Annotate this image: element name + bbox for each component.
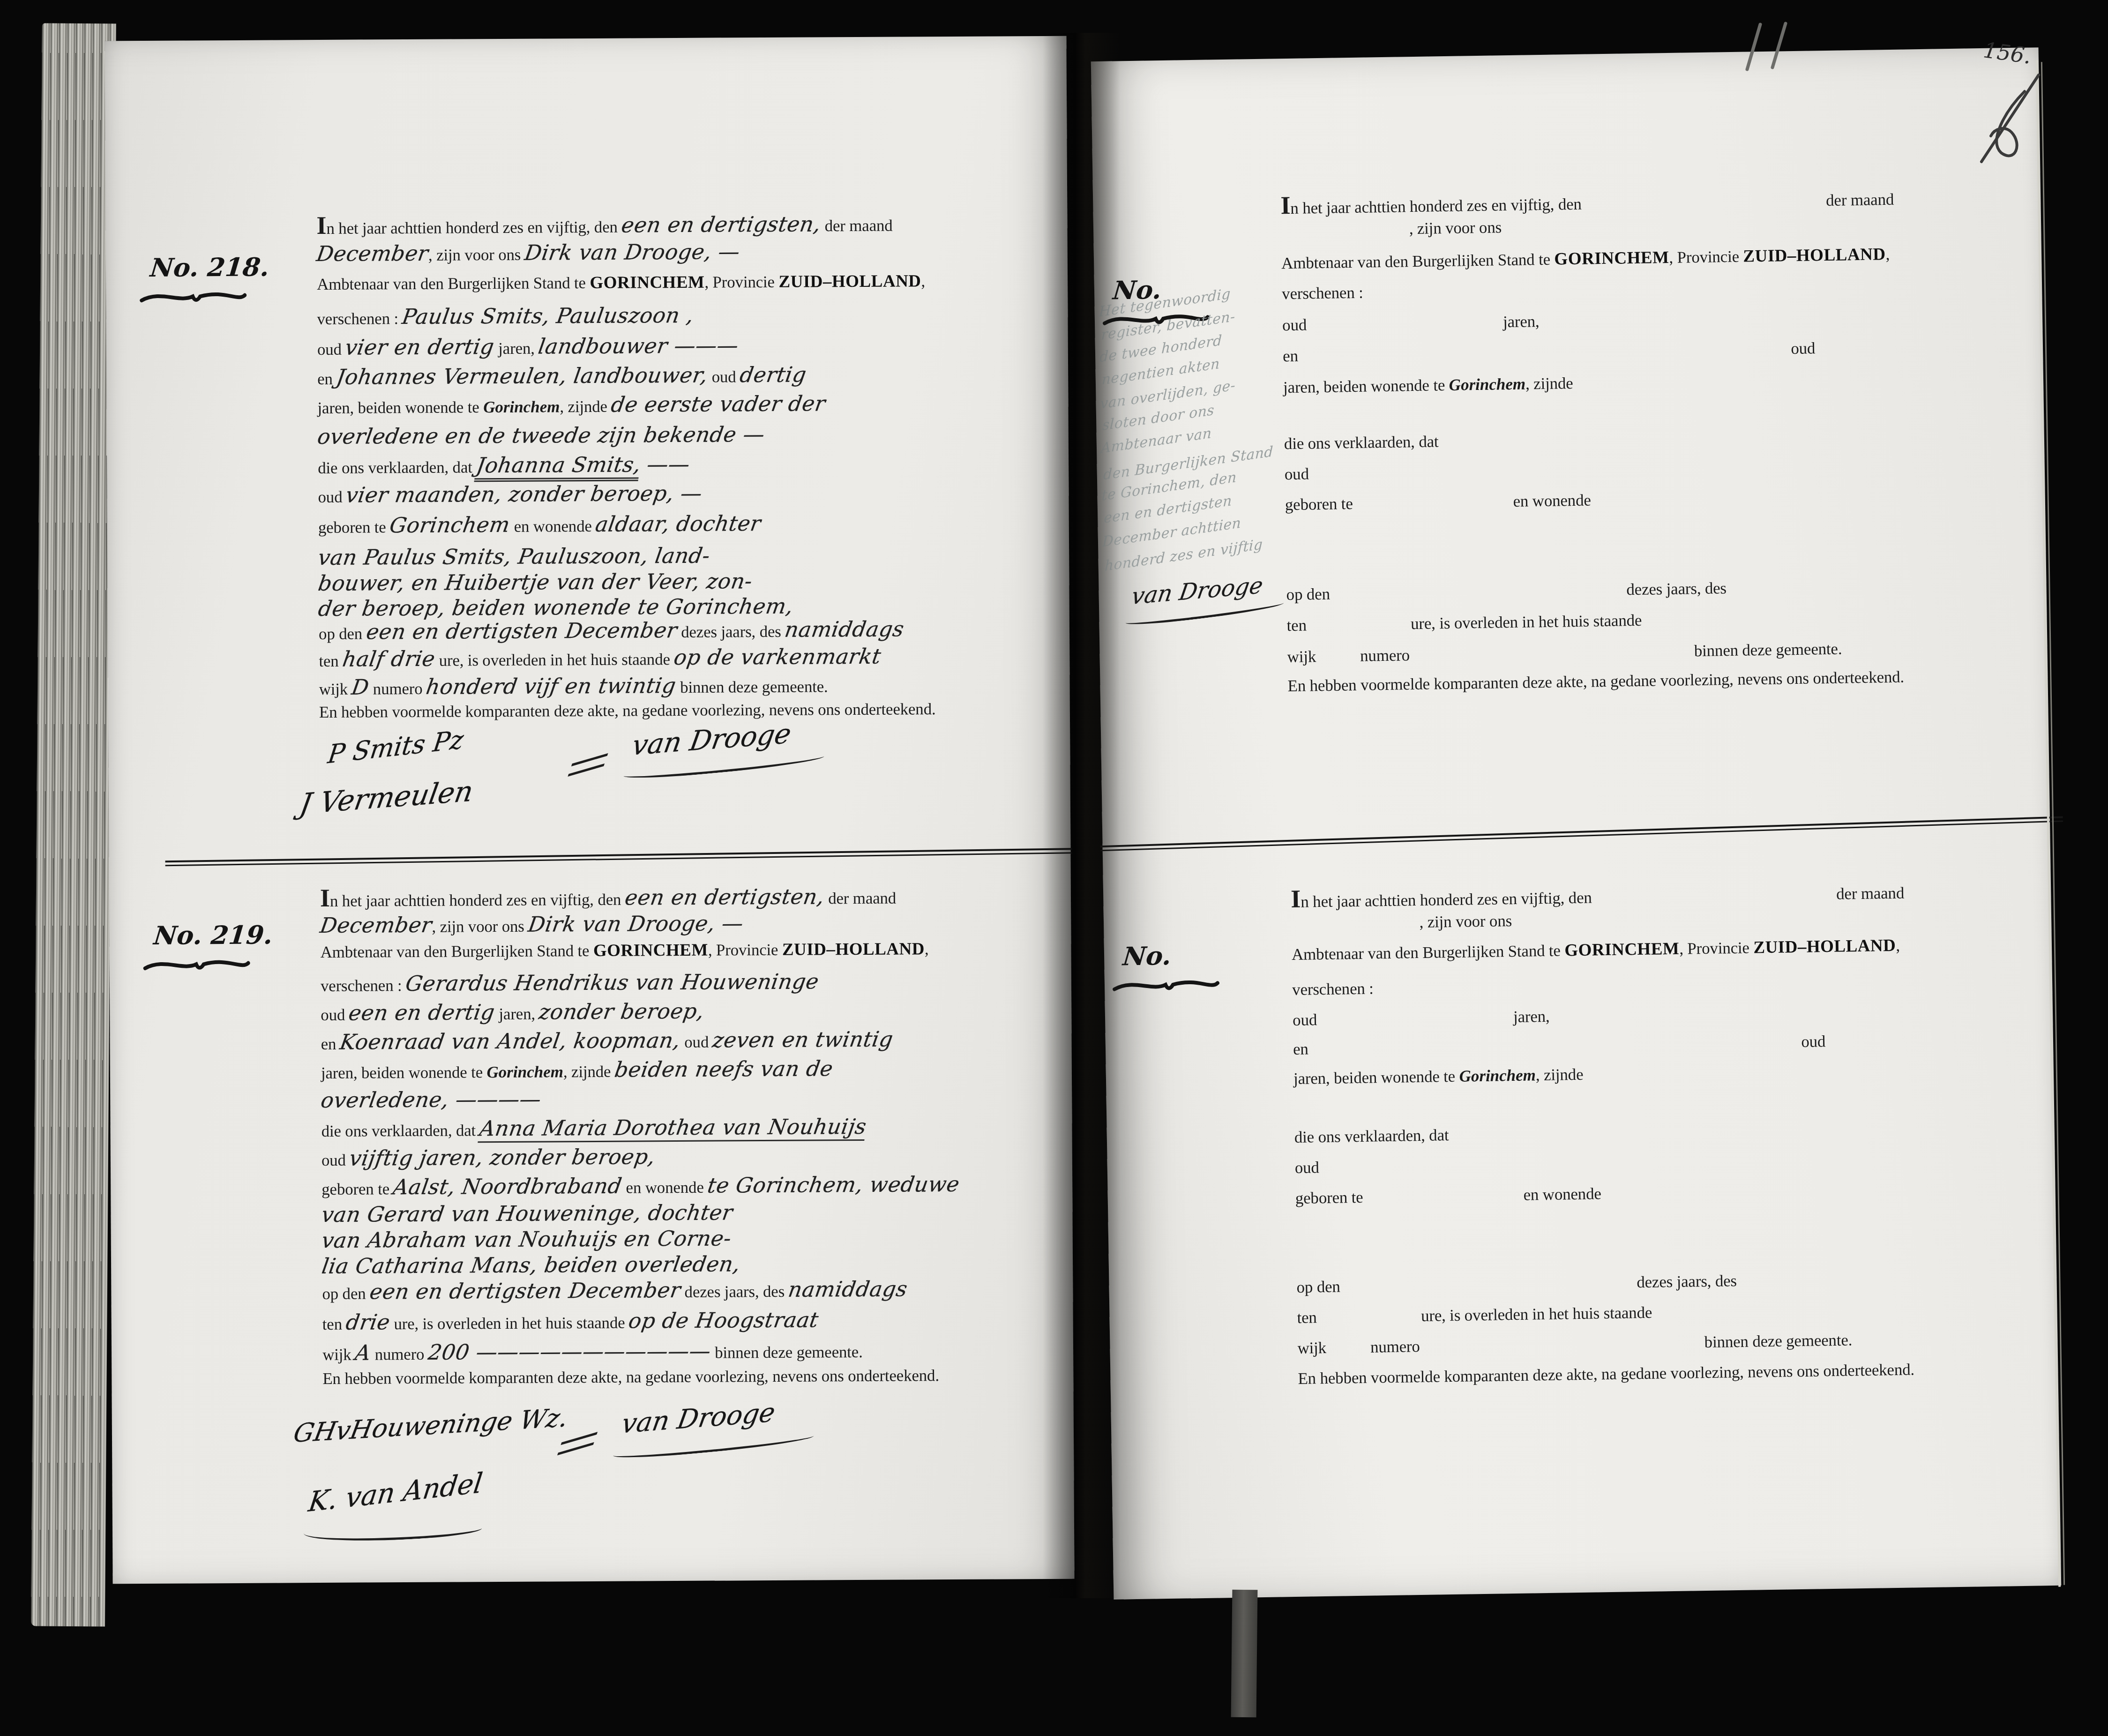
handwritten-text: vijftig jaren, zonder beroep,: [348, 1144, 657, 1170]
printed-text: die ons verklaarden, dat: [321, 1121, 479, 1140]
signature: van Drooge: [630, 717, 794, 761]
record-line: In het jaar achttien honderd zes en vijf…: [316, 208, 892, 240]
printed-text: GORINCHEM: [1554, 248, 1669, 269]
handwritten-text: 200 ———————————: [426, 1339, 713, 1365]
printed-text: jaren, beiden wonende te: [317, 398, 483, 417]
printed-text: oud: [680, 1033, 713, 1051]
record-line: wijk numero binnen deze gemeente.: [1287, 640, 1842, 667]
record-line: wijk D numero honderd vijf en twintig bi…: [319, 672, 828, 700]
printed-text: oud: [708, 367, 740, 386]
printed-text: In het jaar achttien honderd zes en vijf…: [1291, 884, 1904, 911]
printed-text: verschenen :: [317, 309, 402, 328]
printed-text: geboren te en wonende: [1295, 1184, 1601, 1207]
handwritten-text: half drie: [341, 646, 437, 672]
printed-text: en wonende: [510, 517, 596, 536]
printed-text: Ambtenaar van den Burgerlijken Stand te: [320, 942, 593, 961]
record-line: En hebben voormelde komparanten deze akt…: [1298, 1360, 1914, 1388]
record-line: overledene, ————: [321, 1087, 541, 1113]
record-line: oud vijftig jaren, zonder beroep,: [321, 1144, 656, 1171]
printed-text: op den dezes jaars, des: [1286, 579, 1727, 604]
printed-text: die ons verklaarden, dat: [1294, 1126, 1449, 1146]
record-line: oud: [1285, 464, 1309, 484]
printed-text: ,: [1896, 936, 1900, 955]
record-line: van Abraham van Nouhuijs en Corne-: [322, 1226, 732, 1253]
right-page: No.In het jaar achttien honderd zes en v…: [1091, 47, 2061, 1600]
record-line: bouwer, en Huibertje van der Veer, zon-: [318, 569, 752, 596]
signature-equals-mark: [568, 753, 608, 777]
printed-text: , Provincie: [704, 273, 778, 292]
record-line: ten drie ure, is overleden in het huis s…: [322, 1307, 819, 1335]
record-line: jaren, beiden wonende te Gorinchem, zijn…: [1283, 374, 1573, 397]
printed-text: ten ure, is overleden in het huis staand…: [1297, 1303, 1652, 1327]
record-line: In het jaar achttien honderd zes en vijf…: [1291, 875, 1905, 913]
record-line: jaren, beiden wonende te Gorinchem, zijn…: [321, 1056, 833, 1084]
printed-text: jaren,: [495, 1005, 539, 1023]
record-line: en Koenraad van Andel, koopman, oud zeve…: [321, 1027, 893, 1055]
printed-text: binnen deze gemeente.: [710, 1343, 862, 1362]
printed-text: die ons verklaarden, dat: [1284, 432, 1439, 453]
record-line: verschenen :: [1292, 979, 1374, 999]
handwritten-text: Dirk van Drooge, —: [526, 911, 745, 936]
handwritten-text: een en dertig: [347, 1000, 497, 1025]
record-line: der beroep, beiden wonende te Gorinchem,: [319, 594, 793, 621]
record-line: op den dezes jaars, des: [1296, 1272, 1737, 1297]
handwritten-text: Gerardus Hendrikus van Houweninge: [404, 969, 821, 996]
record-line: verschenen : Gerardus Hendrikus van Houw…: [321, 969, 819, 996]
record-number-label: No. 218.: [149, 252, 271, 283]
record-line: In het jaar achttien honderd zes en vijf…: [320, 881, 896, 913]
handwritten-text: Aalst, Noordbraband: [391, 1174, 624, 1200]
printed-text: numero: [371, 1345, 428, 1364]
printed-text: die ons verklaarden, dat: [318, 458, 476, 477]
printed-text: dezes jaars, des: [680, 1282, 789, 1301]
handwritten-text: op de Hoogstraat: [627, 1307, 821, 1333]
printed-text: op den: [319, 624, 366, 643]
printed-text: verschenen :: [1282, 284, 1363, 303]
handwritten-text: Johanna Smits,: [474, 452, 643, 482]
printed-text: jaren, beiden wonende te: [1283, 376, 1449, 397]
printed-text: In het jaar achttien honderd zes en vijf…: [316, 218, 621, 238]
record-line: van Paulus Smits, Pauluszoon, land-: [318, 543, 710, 570]
printed-text: In het jaar achttien honderd zes en vijf…: [320, 890, 625, 910]
printed-text: oud: [1285, 464, 1309, 483]
record-line: oud vier en dertig jaren, landbouwer ———: [317, 333, 739, 360]
printed-text: en: [317, 370, 336, 388]
handwritten-text: zeven en twintig: [711, 1027, 895, 1053]
handwritten-text: Paulus Smits, Pauluszoon ,: [400, 303, 695, 329]
handwritten-text: Anna Maria Dorothea van Nouhuijs: [478, 1114, 868, 1143]
record-line: geboren te en wonende: [1295, 1184, 1601, 1208]
printed-text: ZUID–HOLLAND: [1743, 245, 1886, 266]
printed-text: , zijnde: [1536, 1065, 1584, 1085]
handwritten-text: vier en dertig: [344, 334, 496, 360]
handwritten-text: de eerste vader der: [609, 391, 827, 417]
handwritten-text: vier maanden, zonder beroep, —: [344, 481, 704, 508]
handwritten-text: honderd vijf en twintig: [425, 673, 678, 699]
record-line: In het jaar achttien honderd zes en vijf…: [1280, 182, 1894, 220]
record-line: geboren te Aalst, Noordbraband en wonend…: [321, 1172, 959, 1200]
printed-text: Ambtenaar van den Burgerlijken Stand te: [1281, 250, 1555, 273]
printed-text: oud: [318, 488, 346, 506]
handwritten-text: overledene en de tweede zijn bekende —: [316, 422, 767, 449]
record-line: en Johannes Vermeulen, landbouwer, oud d…: [317, 362, 806, 389]
record-line: van Gerard van Houweninge, dochter: [321, 1200, 733, 1227]
printed-text: ZUID–HOLLAND: [1753, 936, 1896, 958]
record-line: En hebben voormelde komparanten deze akt…: [1287, 668, 1904, 696]
printed-text: oud jaren,: [1282, 312, 1540, 334]
folio-paraph: [1968, 70, 2048, 169]
bookmark-ribbon: [1231, 1590, 1258, 1718]
record-line: Ambtenaar van den Burgerlijken Stand te …: [1292, 935, 1900, 965]
printed-text: geboren te: [321, 1180, 393, 1198]
printed-text: , Provincie: [708, 941, 782, 959]
handwritten-text: van Abraham van Nouhuijs en Corne-: [320, 1226, 733, 1253]
record-line: En hebben voormelde komparanten deze akt…: [319, 700, 936, 722]
handwritten-text: bouwer, en Huibertje van der Veer, zon-: [316, 569, 754, 596]
record-line: oud een en dertig jaren, zonder beroep,: [321, 999, 704, 1025]
printed-text: En hebben voormelde komparanten deze akt…: [1298, 1360, 1914, 1388]
handwritten-text: der beroep, beiden wonende te Gorinchem,: [317, 594, 795, 621]
record-line: , zijn voor ons: [1281, 218, 1502, 240]
record-number-label: No. 219.: [152, 920, 274, 950]
handwritten-text: Johannes Vermeulen, landbouwer,: [335, 363, 710, 389]
printed-text: dezes jaars, des: [677, 622, 785, 641]
printed-text: , Provincie: [1669, 247, 1743, 267]
record-line: oud vier maanden, zonder beroep, —: [318, 481, 702, 508]
printed-text: , zijnde: [563, 1063, 615, 1081]
record-line: oud jaren,: [1293, 1007, 1550, 1030]
printed-text: In het jaar achttien honderd zes en vijf…: [1280, 190, 1894, 217]
record-line: ten ure, is overleden in het huis staand…: [1286, 611, 1642, 635]
record-number-flourish: [139, 289, 247, 308]
printed-text: en wonende: [622, 1178, 708, 1197]
record-line: op den een en dertigsten December dezes …: [319, 616, 904, 644]
printed-text: Gorinchem: [486, 1063, 563, 1081]
record-number-flourish: [1112, 976, 1220, 996]
printed-text: en: [321, 1035, 340, 1053]
signature: van Drooge: [620, 1397, 777, 1440]
printed-text: wijk numero binnen deze gemeente.: [1297, 1331, 1852, 1357]
handwritten-text: namiddags: [783, 616, 906, 642]
record-line: en oud: [1293, 1032, 1826, 1059]
printed-text: jaren, beiden wonende te: [1293, 1067, 1459, 1088]
printed-text: ZUID–HOLLAND: [782, 939, 925, 959]
record-separator: [165, 848, 1072, 866]
record-line: ten half drie ure, is overleden in het h…: [319, 644, 881, 672]
printed-text: jaren,: [494, 339, 539, 358]
printed-text: Ambtenaar van den Burgerlijken Stand te: [317, 274, 590, 293]
printed-text: oud: [317, 340, 346, 359]
record-line: ten ure, is overleden in het huis staand…: [1297, 1303, 1652, 1327]
printed-text: En hebben voormelde komparanten deze akt…: [319, 700, 936, 721]
record-line: op den een en dertigsten December dezes …: [322, 1276, 907, 1304]
handwritten-text: op de varkenmarkt: [672, 644, 883, 670]
handwritten-text: dertig: [738, 362, 808, 388]
signature: GHvHouweninge Wz.: [291, 1403, 570, 1448]
handwritten-text: namiddags: [787, 1276, 910, 1302]
handwritten-text: December: [315, 241, 430, 266]
record-number-label: No.: [1121, 941, 1173, 972]
printed-text: ure, is overleden in het huis staande: [435, 650, 674, 670]
printed-text: verschenen :: [321, 976, 406, 995]
record-separator: [1100, 816, 2063, 851]
printed-text: GORINCHEM: [590, 273, 704, 292]
signature: K. van Andel: [306, 1467, 485, 1518]
printed-text: en oud: [1283, 339, 1816, 365]
record-line: verschenen :: [1282, 284, 1363, 304]
handwritten-text: een en dertigsten,: [623, 884, 826, 910]
handwritten-text: Dirk van Drooge, —: [523, 239, 742, 265]
record-line: jaren, beiden wonende te Gorinchem, zijn…: [1293, 1065, 1584, 1088]
handwritten-text: landbouwer ———: [537, 333, 740, 359]
handwritten-text: A: [353, 1340, 373, 1365]
record-line: , zijn voor ons: [1291, 912, 1512, 934]
record-line: die ons verklaarden, dat Johanna Smits, …: [318, 452, 690, 483]
printed-text: binnen deze gemeente.: [676, 677, 828, 696]
handwritten-text: beiden neefs van de: [613, 1056, 835, 1082]
printed-text: En hebben voormelde komparanten deze akt…: [322, 1366, 939, 1388]
printed-text: oud: [321, 1006, 349, 1024]
printed-text: numero: [369, 680, 426, 698]
printed-text: , zijnde: [1525, 374, 1573, 393]
record-line: geboren te Gorinchem en wonende aldaar, …: [318, 511, 761, 538]
record-number-flourish: [142, 957, 250, 976]
handwritten-text: Koenraad van Andel, koopman,: [338, 1028, 682, 1055]
printed-text: op den: [322, 1284, 370, 1303]
printed-text: der maand: [824, 889, 897, 908]
record-line: wijk A numero 200 ——————————— binnen dez…: [322, 1338, 863, 1365]
record-line: die ons verklaarden, dat: [1294, 1126, 1449, 1147]
record-line: oud jaren,: [1282, 312, 1540, 335]
printed-text: op den dezes jaars, des: [1296, 1272, 1737, 1296]
record-line: oud: [1295, 1158, 1319, 1177]
handwritten-text: van Paulus Smits, Pauluszoon, land-: [316, 543, 712, 570]
printed-text: wijk: [322, 1346, 355, 1364]
handwritten-text: te Gorinchem, weduwe: [706, 1172, 961, 1198]
printed-text: Gorinchem: [1459, 1066, 1536, 1085]
handwritten-text: een en dertigsten December: [365, 618, 679, 644]
printed-text: wijk: [319, 680, 352, 698]
record-line: die ons verklaarden, dat: [1284, 432, 1439, 453]
handwritten-text: overledene, ————: [319, 1087, 543, 1113]
record-line: op den dezes jaars, des: [1286, 579, 1727, 604]
handwritten-text: aldaar, dochter: [594, 511, 763, 537]
signature-flourish: [303, 1516, 482, 1545]
printed-text: wijk numero binnen deze gemeente.: [1287, 640, 1842, 666]
printed-text: ten: [322, 1315, 346, 1333]
printed-text: jaren, beiden wonende te: [321, 1063, 487, 1082]
printed-text: , Provincie: [1679, 938, 1754, 958]
record-line: Ambtenaar van den Burgerlijken Stand te …: [320, 939, 928, 962]
printed-text: Gorinchem: [483, 397, 560, 416]
printed-text: geboren te en wonende: [1285, 491, 1591, 514]
handwritten-text: ——: [639, 452, 692, 477]
left-page: No. 218.In het jaar achttien honderd zes…: [105, 36, 1074, 1584]
printed-text: ZUID–HOLLAND: [778, 271, 921, 292]
printed-text: oud: [321, 1151, 350, 1169]
record-line: Ambtenaar van den Burgerlijken Stand te …: [1281, 244, 1890, 273]
printed-text: ,: [1885, 245, 1890, 263]
page-edge-stack: [31, 23, 116, 1626]
handwritten-text: D: [350, 674, 371, 699]
pencil-stroke-marks: [1729, 19, 1795, 75]
signature-equals-mark: [557, 1432, 598, 1455]
printed-text: En hebben voormelde komparanten deze akt…: [1287, 668, 1904, 696]
handwritten-text: lia Catharina Mans, beiden overleden,: [320, 1251, 742, 1279]
printed-text: ,: [921, 272, 925, 290]
printed-text: , zijn voor ons: [1291, 912, 1512, 933]
printed-text: Gorinchem: [1449, 375, 1525, 394]
record-line: Ambtenaar van den Burgerlijken Stand te …: [317, 271, 925, 294]
book-spread: No. 218.In het jaar achttien honderd zes…: [0, 0, 2108, 1736]
record-line: en oud: [1283, 339, 1816, 366]
handwritten-text: drie: [344, 1309, 391, 1335]
handwritten-text: een en dertigsten December: [368, 1278, 682, 1304]
record-line: December, zijn voor ons Dirk van Drooge,…: [320, 911, 743, 938]
record-line: En hebben voormelde komparanten deze akt…: [322, 1366, 939, 1388]
record-line: lia Catharina Mans, beiden overleden,: [322, 1251, 740, 1279]
printed-text: , zijn voor ons: [432, 917, 528, 936]
record-line: jaren, beiden wonende te Gorinchem, zijn…: [317, 391, 825, 419]
record-line: overledene en de tweede zijn bekende —: [318, 422, 765, 449]
printed-text: GORINCHEM: [593, 941, 708, 960]
printed-text: der maand: [821, 217, 893, 235]
printed-text: geboren te: [318, 518, 390, 537]
handwritten-text: December: [318, 913, 434, 938]
handwritten-text: van Gerard van Houweninge, dochter: [320, 1200, 734, 1227]
signature: P Smits Pz: [326, 725, 465, 770]
printed-text: ten: [319, 652, 343, 670]
printed-text: oud jaren,: [1293, 1007, 1550, 1029]
printed-text: , zijn voor ons: [1281, 218, 1502, 239]
signature: J Vermeulen: [297, 775, 476, 821]
printed-text: GORINCHEM: [1564, 939, 1680, 960]
handwritten-text: een en dertigsten,: [620, 211, 822, 237]
printed-text: ure, is overleden in het huis staande: [390, 1314, 629, 1333]
record-line: verschenen : Paulus Smits, Pauluszoon ,: [317, 303, 694, 329]
printed-text: verschenen :: [1292, 979, 1374, 999]
printed-text: oud: [1295, 1158, 1319, 1177]
handwritten-text: zonder beroep,: [537, 999, 706, 1025]
record-line: wijk numero binnen deze gemeente.: [1297, 1331, 1852, 1358]
record-line: geboren te en wonende: [1285, 491, 1591, 514]
printed-text: , zijnde: [560, 397, 611, 416]
printed-text: ,: [925, 940, 929, 958]
printed-text: en oud: [1293, 1032, 1826, 1058]
record-line: die ons verklaarden, dat Anna Maria Doro…: [321, 1114, 866, 1144]
printed-text: , zijn voor ons: [428, 246, 525, 264]
handwritten-text: Gorinchem: [388, 512, 512, 538]
printed-text: ten ure, is overleden in het huis staand…: [1286, 611, 1642, 635]
printed-text: Ambtenaar van den Burgerlijken Stand te: [1292, 941, 1565, 964]
record-line: December, zijn voor ons Dirk van Drooge,…: [317, 239, 740, 266]
